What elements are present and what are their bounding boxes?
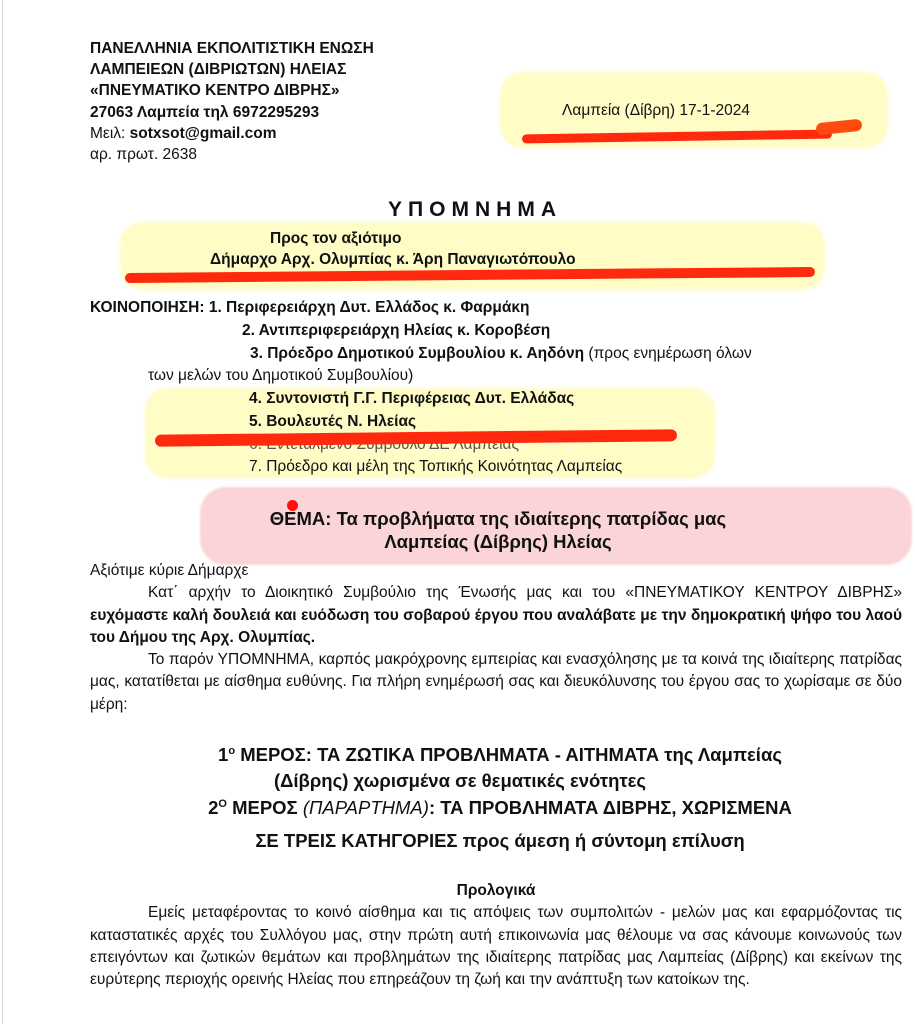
subject-line1: ΘΕΜΑ: Τα προβλήματα της ιδιαίτερης πατρί… xyxy=(208,508,788,530)
protocol-number: αρ. πρωτ. 2638 xyxy=(90,144,197,166)
letter-body: Αξιότιμε κύριε Δήμαρχε Κατ΄ αρχήν το Διο… xyxy=(90,560,902,716)
org-address-phone: 27063 Λαμπεία τηλ 6972295293 xyxy=(90,102,319,124)
email-label: Μειλ: xyxy=(90,125,125,142)
cc-item-7: 7. Πρόεδρο και μέλη της Τοπικής Κοινότητ… xyxy=(249,455,622,478)
part-1-heading: 1ο ΜΕΡΟΣ: ΤΑ ΖΩΤΙΚΑ ΠΡΟΒΛΗΜΑΤΑ - ΑΙΤΗΜΑΤ… xyxy=(90,742,910,794)
cc-item-1: ΚΟΙΝΟΠΟΙΗΣΗ: 1. Περιφερειάρχη Δυτ. Ελλάδ… xyxy=(90,296,530,319)
org-email: Μειλ: sotxsot@gmail.com xyxy=(90,123,277,145)
subject-line2: Λαμπείας (Δίβρης) Ηλείας xyxy=(208,531,788,553)
recipient-line1: Προς τον αξιότιμο xyxy=(270,230,401,248)
cc-item-3-continuation: των μελών του Δημοτικού Συμβουλίου) xyxy=(148,364,413,387)
part-2-heading-line2: ΣΕ ΤΡΕΙΣ ΚΑΤΗΓΟΡΙΕΣ προς άμεση ή σύντομη… xyxy=(90,828,910,854)
cc-item-4: 4. Συντονιστή Γ.Γ. Περιφέρειας Δυτ. Ελλά… xyxy=(249,387,574,410)
document-title: ΥΠΟΜΝΗΜΑ xyxy=(388,198,562,222)
red-dot-mark xyxy=(287,500,298,511)
salutation: Αξιότιμε κύριε Δήμαρχε xyxy=(90,560,902,582)
cc-label: ΚΟΙΝΟΠΟΙΗΣΗ: xyxy=(90,299,205,316)
paragraph-intro: Το παρόν ΥΠΟΜΝΗΜΑ, καρπός μακρόχρονης εμ… xyxy=(90,649,902,716)
recipient-line2: Δήμαρχο Αρχ. Ολυμπίας κ. Άρη Παναγιωτόπο… xyxy=(210,251,576,269)
page-edge xyxy=(2,0,3,1024)
place-date: Λαμπεία (Δίβρη) 17-1-2024 xyxy=(562,102,750,120)
paragraph-wishes: Κατ΄ αρχήν το Διοικητικό Συμβούλιο της Έ… xyxy=(90,582,902,649)
cc-item-2: 2. Αντιπεριφερειάρχη Ηλείας κ. Κοροβέση xyxy=(242,319,550,342)
preface-section: Προλογικά Εμείς μεταφέροντας το κοινό αί… xyxy=(90,880,902,991)
preface-text: Εμείς μεταφέροντας το κοινό αίσθημα και … xyxy=(90,902,902,991)
org-name-line1: ΠΑΝΕΛΛΗΝΙΑ ΕΚΠΟΛΙΤΙΣΤΙΚΗ ΕΝΩΣΗ xyxy=(90,38,374,60)
cc-item-5: 5. Βουλευτές Ν. Ηλείας xyxy=(249,410,416,433)
org-name-line2: ΛΑΜΠΕΙΕΩΝ (ΔΙΒΡΙΩΤΩΝ) ΗΛΕΙΑΣ xyxy=(90,59,346,81)
org-name-line3: «ΠΝΕΥΜΑΤΙΚΟ ΚΕΝΤΡΟ ΔΙΒΡΗΣ» xyxy=(90,80,340,102)
part-2-heading: 2Ο ΜΕΡΟΣ (ΠΑΡΑΡΤΗΜΑ): ΤΑ ΠΡΟΒΛΗΜΑΤΑ ΔΙΒΡ… xyxy=(90,795,910,821)
email-address[interactable]: sotxsot@gmail.com xyxy=(130,125,277,142)
preface-heading: Προλογικά xyxy=(90,880,902,902)
cc-item-3: 3. Πρόεδρο Δημοτικού Συμβουλίου κ. Αηδόν… xyxy=(250,342,752,365)
